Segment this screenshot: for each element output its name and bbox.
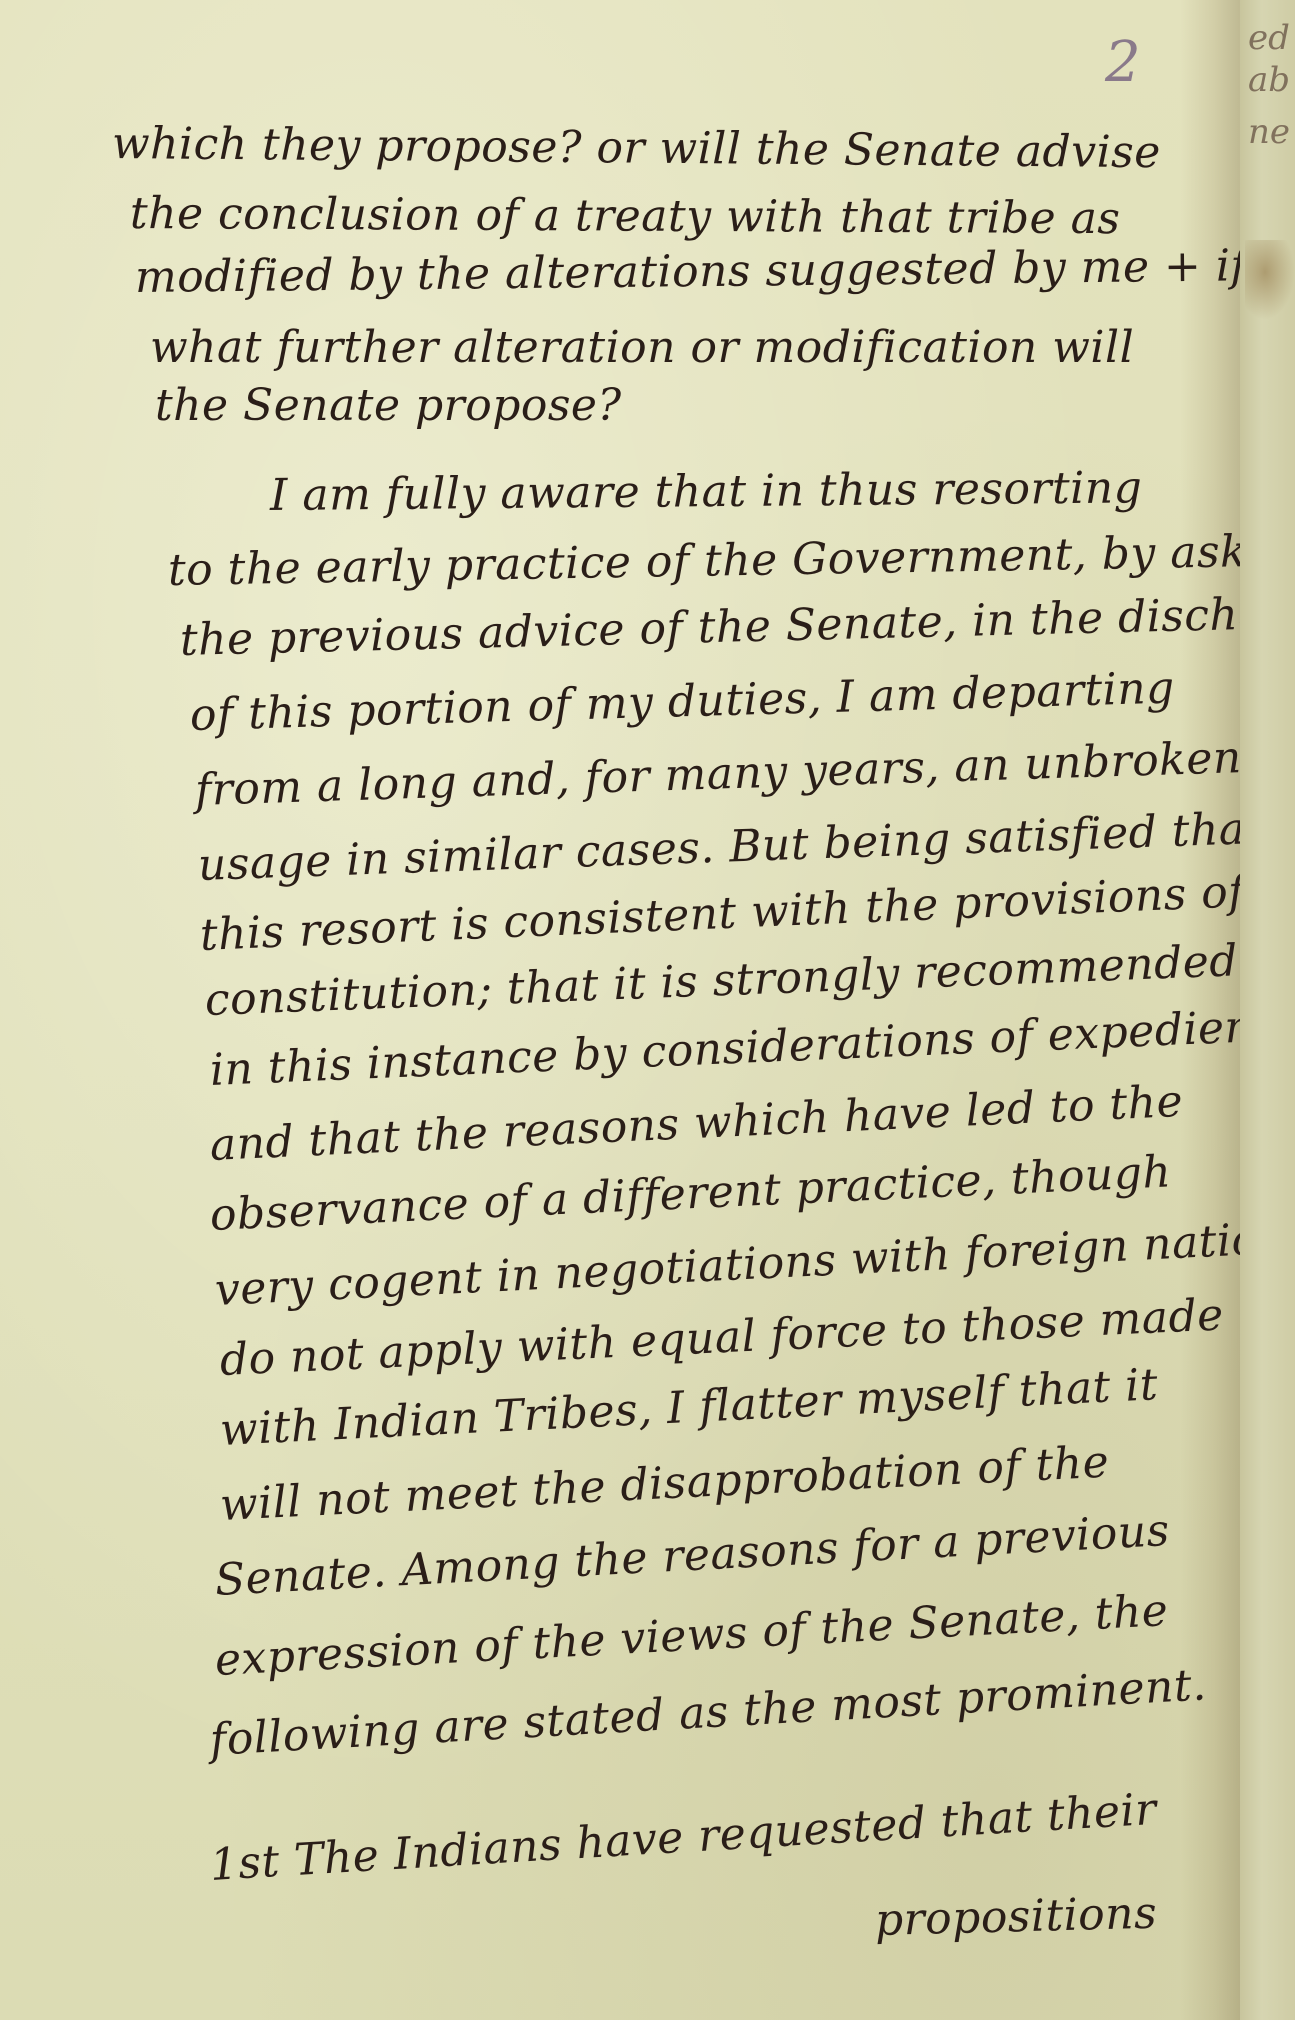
back-sheet-fragment: ne (1248, 112, 1290, 152)
text-line: to the early practice of the Government,… (168, 525, 1295, 596)
page-number: 2 (1105, 30, 1141, 95)
back-sheet-fragment: ed (1248, 18, 1290, 58)
back-sheet-fragment: ab (1248, 60, 1290, 100)
text-line: from a long and, for many years, an unbr… (194, 732, 1242, 816)
text-line: modified by the alterations suggested by… (135, 239, 1295, 303)
text-line: the conclusion of a treaty with that tri… (130, 188, 1121, 244)
text-line: which they propose? or will the Senate a… (112, 118, 1161, 178)
paper-stain (1245, 240, 1295, 320)
text-line: I am fully aware that in thus resorting (270, 462, 1143, 521)
manuscript-page: 2 which they propose? or will the Senate… (0, 0, 1240, 2020)
text-line: 1st The Indians have requested that thei… (208, 1784, 1158, 1891)
text-line: the previous advice of the Senate, in th… (179, 587, 1295, 666)
text-line: propositions (874, 1888, 1157, 1946)
text-line: the Senate propose? (155, 380, 622, 431)
text-line: of this portion of my duties, I am depar… (189, 663, 1175, 741)
text-line: what further alteration or modification … (150, 322, 1134, 373)
